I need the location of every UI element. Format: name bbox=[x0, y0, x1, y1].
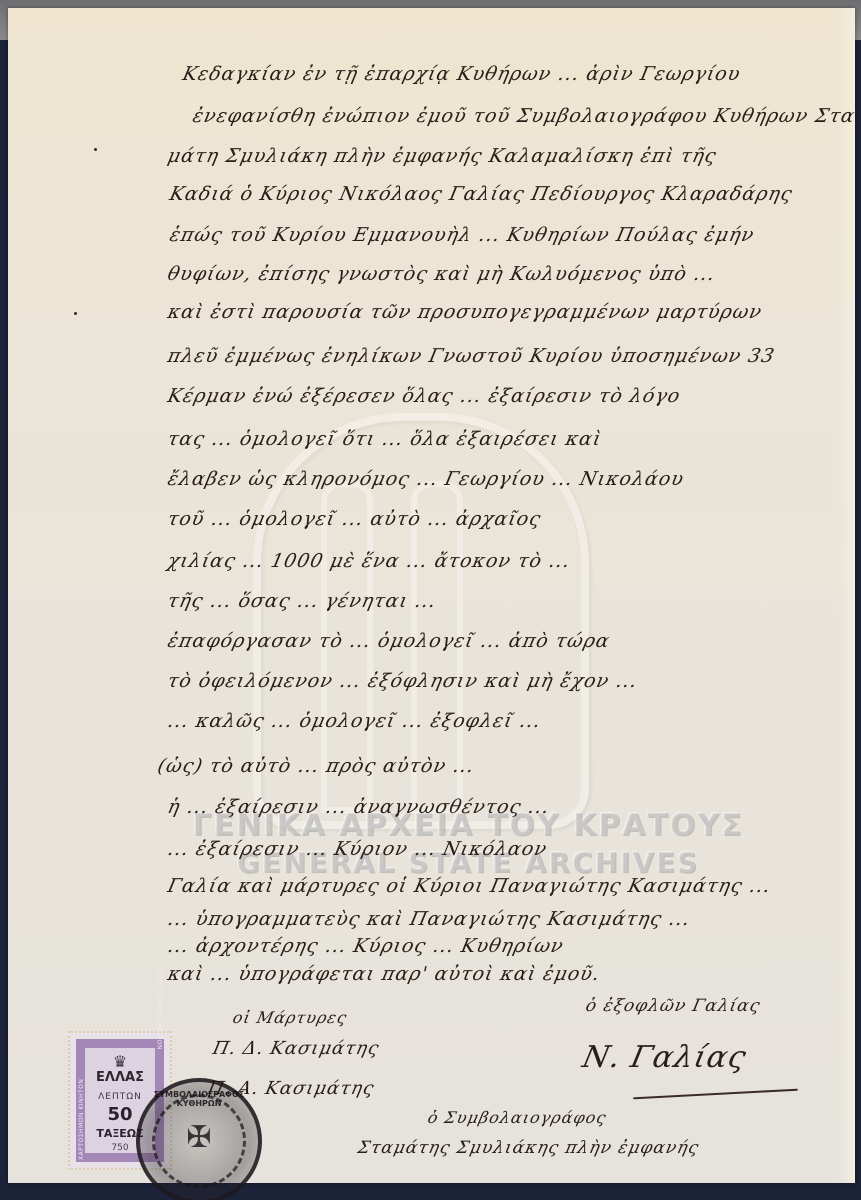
stamp-side-text: ΧΑΡΤΟΣΗΜΟΝ ΚΙΝΗΤΟΝ bbox=[155, 969, 162, 1050]
witnesses-label: οἱ Μάρτυρες bbox=[231, 1008, 349, 1027]
witness-signature: Π. Δ. Κασιμάτης bbox=[211, 1038, 382, 1059]
body-line: Κέρμαν ἐνώ ἐξέρεσεν ὅλας ... ἐξαίρεσιν τ… bbox=[166, 385, 683, 407]
signature-flourish bbox=[633, 1089, 798, 1100]
body-line: (ὡς) τὸ αὐτὸ ... πρὸς αὐτὸν ... bbox=[156, 755, 477, 777]
body-line: ἡ ... ἐξαίρεσιν ... ἀναγνωσθέντος ... bbox=[166, 796, 552, 818]
body-line: καὶ ... ὑπογράφεται παρ' αὐτοὶ καὶ ἐμοῦ. bbox=[166, 963, 603, 985]
body-line: θυφίων, ἐπίσης γνωστὸς καὶ μὴ Κωλυόμενος… bbox=[166, 263, 718, 285]
body-line: ... ἐξαίρεσιν ... Κύριον ... Νικόλαον bbox=[166, 838, 550, 860]
notary-label: ὁ Συμβολαιογράφος bbox=[426, 1108, 609, 1127]
body-line: Κεδαγκίαν ἐν τῇ ἐπαρχίᾳ Κυθήρων ... ἀρὶν… bbox=[181, 63, 743, 85]
body-line: Καδιά ὁ Κύριος Νικόλαος Γαλίας Πεδίουργο… bbox=[168, 183, 795, 205]
crown-icon: ♛ bbox=[85, 1052, 155, 1071]
body-line: τοῦ ... ὁμολογεῖ ... αὐτὸ ... ἀρχαῖος bbox=[166, 508, 544, 530]
body-line: χιλίας ... 1000 μὲ ἕνα ... ἄτοκον τὸ ... bbox=[166, 550, 573, 572]
body-line: ἐνεφανίσθη ἐνώπιον ἐμοῦ τοῦ Συμβολαιογρά… bbox=[191, 105, 858, 127]
stamp-side-text: ΧΑΡΤΟΣΗΜΟΝ ΚΙΝΗΤΟΝ bbox=[78, 1079, 85, 1160]
body-line: ... καλῶς ... ὁμολογεῖ ... ἐξοφλεῖ ... bbox=[166, 710, 544, 732]
seal-text: ΣΥΜΒΟΛΑΙΟΓΡΑΦΟΣ ΚΥΘΗΡΩΝ bbox=[140, 1090, 258, 1108]
body-line: ἔλαβεν ὡς κληρονόμος ... Γεωργίου ... Νι… bbox=[166, 468, 687, 490]
paper-edge bbox=[837, 8, 855, 1183]
ink-dot bbox=[74, 312, 77, 315]
body-line: ἑπώς τοῦ Κυρίου Εμμανουὴλ ... Κυθηρίων Π… bbox=[168, 224, 757, 246]
cross-emblem-icon: ✠ bbox=[140, 1120, 258, 1155]
notary-signature: Σταμάτης Σμυλιάκης πλὴν ἐμφανής bbox=[356, 1138, 701, 1158]
main-signature: Ν. Γαλίας bbox=[579, 1040, 750, 1075]
ink-dot bbox=[94, 148, 97, 151]
body-line: ἐπαφόργασαν τὸ ... ὁμολογεῖ ... ἀπὸ τώρα bbox=[166, 630, 613, 652]
closing-label: ὁ ἐξοφλῶν Γαλίας bbox=[584, 996, 763, 1016]
body-line: πλεῦ ἐμμένως ἐνηλίκων Γνωστοῦ Κυρίου ὑπο… bbox=[166, 345, 777, 367]
body-line: ... ὑπογραμματεὺς καὶ Παναγιώτης Κασιμάτ… bbox=[166, 908, 693, 930]
body-line: μάτη Σμυλιάκη πλὴν ἐμφανής Καλαμαλίσκη ἐ… bbox=[166, 145, 719, 167]
body-line: καὶ ἐστὶ παρουσία τῶν προσυπογεγραμμένων… bbox=[166, 301, 765, 323]
body-line: τὸ ὀφειλόμενον ... ἐξόφλησιν καὶ μὴ ἔχον… bbox=[166, 670, 640, 692]
body-line: ... ἀρχοντέρης ... Κύριος ... Κυθηρίων bbox=[166, 935, 566, 957]
body-line: τας ... ὁμολογεῖ ὅτι ... ὅλα ἐξαιρέσει κ… bbox=[166, 428, 604, 450]
body-line: Γαλία καὶ μάρτυρες οἱ Κύριοι Παναγιώτης … bbox=[166, 875, 773, 897]
body-line: τῆς ... ὅσας ... γένηται ... bbox=[166, 590, 439, 612]
stamp-country: ΕΛΛΑΣ bbox=[85, 1070, 155, 1085]
official-seal: ΣΥΜΒΟΛΑΙΟΓΡΑΦΟΣ ΚΥΘΗΡΩΝ ✠ bbox=[136, 1078, 262, 1200]
document-page: ΓΕΝΙΚΑ ΑΡΧΕΙΑ ΤΟΥ ΚΡΑΤΟΥΣ GENERAL STATE … bbox=[8, 8, 855, 1183]
